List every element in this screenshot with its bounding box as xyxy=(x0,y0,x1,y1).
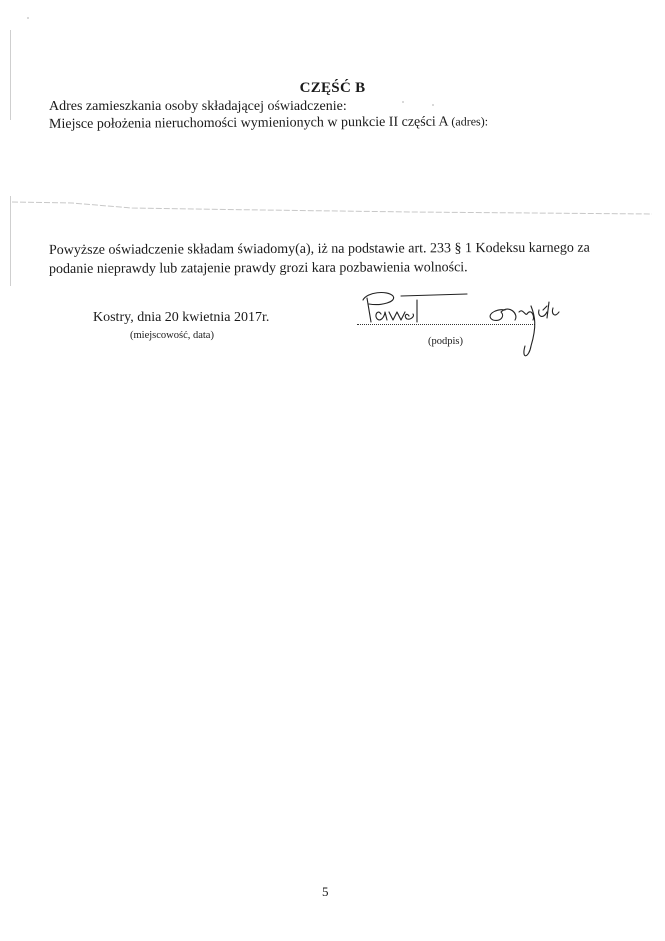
document-page: CZĘŚĆ B Adres zamieszkania osoby składaj… xyxy=(0,0,665,941)
property-location-label: Miejsce położenia nieruchomości wymienio… xyxy=(49,114,488,133)
scan-margin-line xyxy=(10,30,11,120)
scan-speck xyxy=(402,101,404,103)
handwritten-signature xyxy=(355,286,565,376)
page-number: 5 xyxy=(322,884,329,900)
place-and-date-caption: (miejscowość, data) xyxy=(130,330,214,341)
declaration-line-1: Powyższe oświadczenie składam świadomy(a… xyxy=(49,241,590,259)
scan-speck xyxy=(27,17,29,19)
property-location-text: Miejsce położenia nieruchomości wymienio… xyxy=(49,115,448,132)
place-and-date: Kostry, dnia 20 kwietnia 2017r. xyxy=(93,310,269,326)
scan-margin-line xyxy=(10,196,11,286)
declaration-line-2: podanie nieprawdy lub zatajenie prawdy g… xyxy=(49,260,468,278)
section-divider-line xyxy=(12,200,652,218)
property-location-suffix: (adres): xyxy=(451,114,488,128)
address-label: Adres zamieszkania osoby składającej ośw… xyxy=(49,99,347,115)
scan-speck xyxy=(432,104,434,106)
section-heading: CZĘŚĆ B xyxy=(0,80,665,97)
